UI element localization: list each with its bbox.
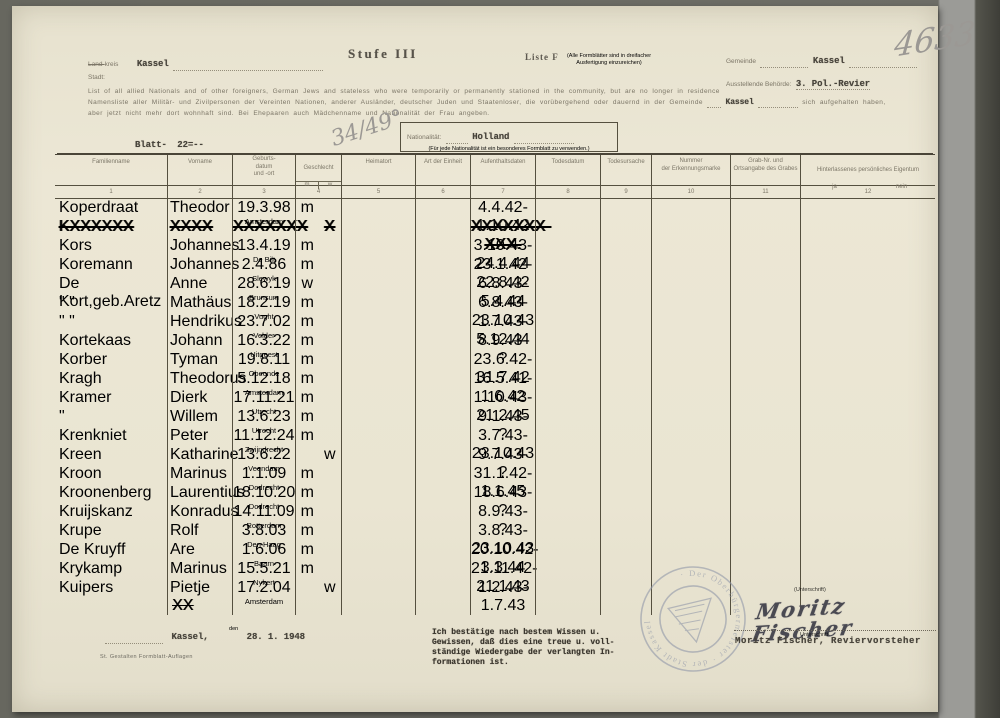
birth-place: Amsterdam: [233, 597, 295, 606]
given-name: Johannes: [168, 256, 232, 274]
page-title: Stufe III: [348, 46, 418, 62]
stay-from-date: 4.4.42-: [471, 199, 535, 217]
given-name: Johann: [168, 332, 232, 350]
signature-line: [734, 620, 936, 631]
intro-line-1: List of all allied Nationals and of othe…: [88, 88, 938, 96]
family-name: Kreen: [55, 446, 167, 464]
table-row: Krenkniet Peter 11.12.24 Zwijndrecht m 3…: [55, 427, 935, 446]
nationality-value: Holland: [472, 132, 509, 142]
intro-line-3: aber jetzt nicht mehr dort wohnhaft sind…: [88, 110, 938, 118]
birth-date: 1.6.06: [233, 541, 295, 559]
table-row: Kroon Marinus 1.1.09 Dodrecht m 31.1.42-…: [55, 465, 935, 484]
stay-from-date: 21.11.42-: [471, 560, 535, 578]
signature-above-label: (Unterschrift): [794, 587, 826, 594]
blatt-label: Blatt-: [135, 140, 167, 150]
given-name: Laurentius: [168, 484, 232, 502]
table-row: Kreen Katharine 13.6.22 Veendam w 9.7.43…: [55, 446, 935, 465]
table-row: De Kort,geb.Aretz Anne 28.6.19 Brunsum w…: [55, 275, 935, 294]
dotted-line: [758, 99, 798, 108]
den-label: den: [229, 626, 238, 632]
given-name: Katharine: [168, 446, 232, 464]
dotted-line: [707, 99, 721, 108]
stay-from-date: 16.5.41-: [471, 370, 535, 388]
stay-from-date: 1.2.43-: [471, 579, 535, 597]
stay-from-date: 6.8.43-: [471, 275, 535, 293]
family-name: Krenkniet: [55, 427, 167, 445]
table-row: Kruijskanz Konradus 14.11.09 Rotterdam m…: [55, 503, 935, 522]
family-name: Kuipers: [55, 579, 167, 597]
table-row: KXXXXXX XXXX XXXXXXX X XXXXXXX- XXX.: [55, 218, 935, 237]
nationality-box: Nationalität: Holland (Für jede National…: [400, 122, 618, 152]
stay-from-date: 9.7.43-: [471, 446, 535, 464]
stay-from-date: 23.1.42-: [471, 256, 535, 274]
birth-date: 2.4.86: [233, 256, 295, 274]
family-name: Kroon: [55, 465, 167, 483]
gemeinde-value: Kassel: [813, 56, 845, 66]
table-row: Korber Tyman 19.8.11 Obeonde m 23.6.42- …: [55, 351, 935, 370]
nationality-label: Nationalität:: [407, 134, 441, 141]
dotted-line: [446, 135, 468, 144]
stay-from-date: 1.10.43-: [471, 389, 535, 407]
stadt-label: Stadt:: [88, 74, 323, 82]
stay-from-date: 31.1.42-: [471, 465, 535, 483]
given-name: Anne: [168, 275, 232, 293]
family-name: Korber: [55, 351, 167, 369]
family-name: Kragh: [55, 370, 167, 388]
stay-from-date: 23.6.42-: [471, 351, 535, 369]
stay-from-date: 18.6.43-: [471, 484, 535, 502]
kreis-label: kreis: [105, 61, 119, 68]
table-row: Krykamp Marinus 15.5.21 Nykert m 21.11.4…: [55, 560, 935, 579]
table-row: Koremann Johannes 2.4.86 Slewyk m 23.1.4…: [55, 256, 935, 275]
family-name: Kroonenberg: [55, 484, 167, 502]
stamp-ring-text: · Der Oberbürgermeister · der Stadt Kass…: [630, 556, 756, 682]
given-name: Peter: [168, 427, 232, 445]
birth-date: 13.6.22: [233, 446, 295, 464]
family-name: Kortekaas: [55, 332, 167, 350]
dotted-line: [105, 635, 163, 644]
given-name: Willem: [168, 408, 232, 426]
nationality-note: (Für jede Nationalität ist ein besondere…: [407, 146, 611, 153]
stay-from-date: 8.9.43-: [471, 503, 535, 521]
table-row: Kramer Dierk 17.11.21 Utrecht m 1.10.43-…: [55, 389, 935, 408]
birth-date: 16.3.22: [233, 332, 295, 350]
stay-from-date: 3.10.43-: [471, 237, 535, 255]
birth-date: 13.4.19: [233, 237, 295, 255]
table-row: " " Hendrikus 23.7.02 Velder m 1.7.43- 5…: [55, 313, 935, 332]
region-field: Land-kreis Kassel Stadt:: [88, 53, 323, 82]
family-name: Kruijskanz: [55, 503, 167, 521]
given-name: Theodor: [168, 199, 232, 217]
family-name: Koperdraat: [55, 199, 167, 217]
kreis-value: Kassel: [137, 59, 169, 69]
given-name: Are: [168, 541, 232, 559]
stay-from-date: 20.10.42-: [471, 541, 535, 559]
date-line: Kassel, den 28. 1. 1948: [105, 626, 305, 644]
given-name: Johannes: [168, 237, 232, 255]
dotted-line: [173, 62, 323, 71]
stay-from-date: 3.7.43-: [471, 427, 535, 445]
intro-paragraph: List of all allied Nationals and of othe…: [88, 88, 938, 118]
table-row: Koperdraat Theodor 19.3.98 Amsterdam m 4…: [55, 199, 935, 218]
birth-date: 18.10.20: [233, 484, 295, 502]
dotted-line: [760, 59, 808, 68]
scanned-document-page: Land-kreis Kassel Stadt: Stufe III Liste…: [12, 6, 938, 712]
table-row: Kroonenberg Laurentius 18.10.20 Dodrecht…: [55, 484, 935, 503]
stay-from-date: 3.8.43-: [471, 522, 535, 540]
stay-from-date: XXXXXXX-: [471, 218, 535, 236]
given-name: PietjeXX: [168, 579, 232, 615]
table-header-row: Familienname Vorname Geburts- datum und …: [55, 155, 935, 186]
given-name: Theodorus: [168, 370, 232, 388]
given-name: Hendrikus: [168, 313, 232, 331]
table-row: Kragh Theodorus 5.12.18 Amsterdam m 16.5…: [55, 370, 935, 389]
table-number-row: 1 2 3 4 5 6 7 8 9 10 11 12: [55, 186, 935, 199]
given-name: Tyman: [168, 351, 232, 369]
family-name: " ": [55, 313, 167, 331]
table-row: " " Mathäus 18.2.19 Vught m 6.8.43- 23.1…: [55, 294, 935, 313]
table-row: " Willem 13.6.23 Utrecht m 9.1.43- ?: [55, 408, 935, 427]
birth-date: 14.11.09: [233, 503, 295, 521]
family-name: De Kruyff: [55, 541, 167, 559]
table-row: Kors Johannes 13.4.19 De Bilt m 3.10.43-…: [55, 237, 935, 256]
sex-m: [296, 579, 319, 615]
copies-note: (Alle Formblätter sind in dreifacher Aus…: [539, 53, 679, 66]
birth-date: 11.12.24: [233, 427, 295, 445]
stay-from-date: 9.1.43-: [471, 408, 535, 426]
sex-w: w: [319, 579, 342, 615]
given-name: Dierk: [168, 389, 232, 407]
svg-text:· Der Oberbürgermeister · der: · Der Oberbürgermeister · der Stadt Kass…: [630, 556, 756, 682]
family-name: Koremann: [55, 256, 167, 274]
given-name: Marinus: [168, 465, 232, 483]
stay-from-date: 1.7.43-: [471, 313, 535, 331]
table-row: Krupe Rolf 3.8.03 Den Haag m 3.8.43- 23.…: [55, 522, 935, 541]
birth-date: 17.2.04: [233, 579, 295, 597]
family-name: Krupe: [55, 522, 167, 540]
family-name: Kramer: [55, 389, 167, 407]
land-label: Land-: [88, 61, 105, 68]
gemeinde-inline-value: Kassel: [726, 98, 754, 107]
given-name: Rolf: [168, 522, 232, 540]
persons-table: Familienname Vorname Geburts- datum und …: [55, 154, 935, 598]
behoerde-label: Ausstellende Behörde:: [726, 81, 791, 88]
dotted-line: [514, 135, 574, 144]
given-name: Marinus: [168, 560, 232, 578]
intro-line-2: Namensliste aller Militär- und Zivilpers…: [88, 98, 938, 108]
family-name: Kors: [55, 237, 167, 255]
certification-text: Ich bestätige nach bestem Wissen u. Gewi…: [432, 628, 647, 668]
family-name: " ": [55, 294, 167, 312]
given-name: Mathäus: [168, 294, 232, 312]
family-name: ": [55, 408, 167, 426]
table-row: Kortekaas Johann 16.3.22 Uitgeest m 8.9.…: [55, 332, 935, 351]
birth-date: 3.8.03: [233, 522, 295, 540]
printer-imprint: St. Gestalten Formblatt-Auflagen: [100, 654, 193, 661]
birth-date: 1.1.09: [233, 465, 295, 483]
table-row: De Kruyff Are 1.6.06 Baarn m 20.10.42- 3…: [55, 541, 935, 560]
birth-date: 19.8.11: [233, 351, 295, 369]
birth-date: 28.6.19: [233, 275, 295, 293]
family-name: Krykamp: [55, 560, 167, 578]
birth-date: 13.6.23: [233, 408, 295, 426]
stay-from-date: 6.8.43-: [471, 294, 535, 312]
birth-date: 23.7.02: [233, 313, 295, 331]
given-name: XXXX: [168, 218, 232, 236]
blatt-value: 22=--: [177, 140, 204, 150]
birth-date: 17.11.21: [233, 389, 295, 407]
date-value: 28. 1. 1948: [247, 632, 305, 642]
birth-date: 19.3.98: [233, 199, 295, 217]
table-body: Koperdraat Theodor 19.3.98 Amsterdam m 4…: [55, 199, 935, 598]
birth-date: 18.2.19: [233, 294, 295, 312]
stay-from-date: 8.9.43-: [471, 332, 535, 350]
birth-date: 15.5.21: [233, 560, 295, 578]
blatt-field: Blatt- 22=--: [135, 134, 204, 152]
family-name: KXXXXXX: [55, 218, 167, 236]
signature-typed-name: Moritz Fischer, Reviervorsteher: [735, 636, 921, 646]
pencil-number: 4633: [893, 13, 977, 65]
place-value: Kassel,: [171, 632, 208, 642]
stay-to-date: 1.7.43: [471, 597, 535, 615]
gemeinde-label: Gemeinde: [726, 58, 756, 65]
birth-date: XXXXXXX: [233, 218, 295, 236]
given-name: Konradus: [168, 503, 232, 521]
birth-date: 5.12.18: [233, 370, 295, 388]
